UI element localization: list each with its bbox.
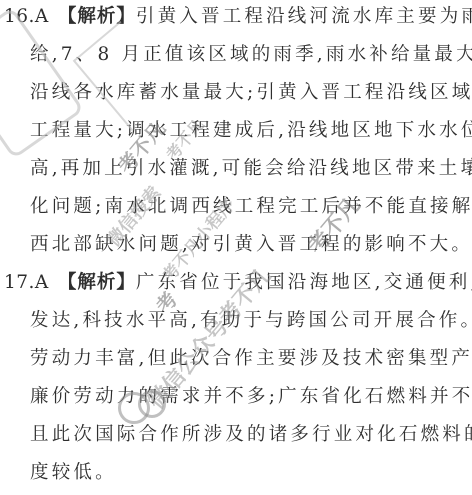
answer-17-line-1: 17.A 【解析】广东省位于我国沿海地区,交通便利,经济	[4, 272, 472, 294]
answer-17-line-3: 劳动力丰富,但此次合作主要涉及技术密集型产业,对	[30, 348, 472, 370]
answer-number: 16.	[4, 6, 35, 27]
answer-document: 16.A 【解析】引黄入晋工程沿线河流水库主要为雨水补 给,7、8 月正值该区域…	[0, 0, 472, 495]
answer-16-line-4: 工程量大;调水工程建成后,沿线地区地下水水位升	[30, 120, 472, 142]
answer-choice: A	[35, 272, 49, 293]
answer-17-line-5: 且此次国际合作所涉及的诸多行业对化石燃料的依存	[30, 424, 472, 446]
analysis-tag: 【解析】	[58, 6, 136, 27]
answer-16-line-1: 16.A 【解析】引黄入晋工程沿线河流水库主要为雨水补	[4, 6, 472, 28]
answer-text: 引黄入晋工程沿线河流水库主要为雨水补	[136, 6, 472, 27]
answer-16-line-5: 高,再加上引水灌溉,可能会给沿线地区带来土壤盐碱	[30, 158, 472, 180]
answer-17-line-6: 度较低。	[30, 462, 117, 484]
answer-number: 17.	[4, 272, 35, 293]
answer-text: 广东省位于我国沿海地区,交通便利,经济	[136, 272, 472, 293]
watermark-logo-outline	[73, 21, 180, 131]
answer-16-line-7: 西北部缺水问题,对引黄入晋工程的影响不大。	[30, 234, 472, 256]
answer-17-line-2: 发达,科技水平高,有助于与跨国公司开展合作。该地	[30, 310, 472, 332]
analysis-tag: 【解析】	[58, 272, 136, 293]
answer-16-line-2: 给,7、8 月正值该区域的雨季,雨水补给量最大,此时	[30, 44, 472, 66]
answer-16-line-3: 沿线各水库蓄水量最大;引黄入晋工程沿线区域多山,	[30, 82, 472, 104]
answer-16-line-6: 化问题;南水北调西线工程完工后并不能直接解决山	[30, 196, 472, 218]
answer-choice: A	[35, 6, 49, 27]
answer-17-line-4: 廉价劳动力的需求并不多;广东省化石燃料并不充足,	[30, 386, 472, 408]
